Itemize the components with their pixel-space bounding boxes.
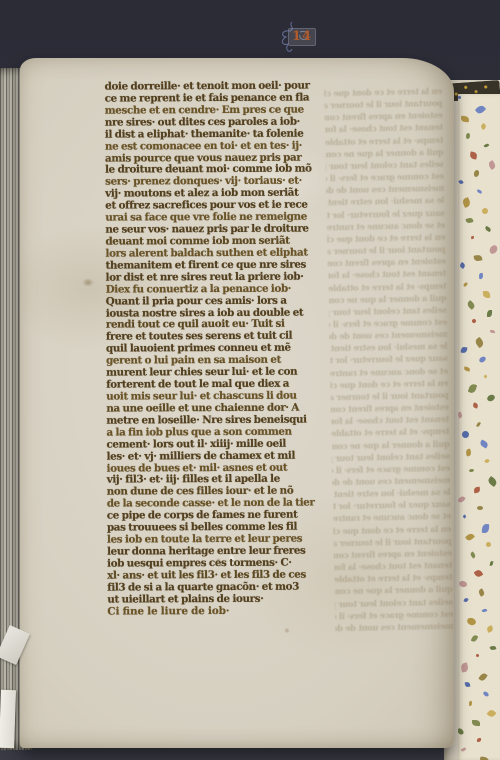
border-flower xyxy=(487,708,497,718)
border-flower xyxy=(474,486,481,493)
border-flower xyxy=(482,608,488,613)
border-flower xyxy=(468,383,477,394)
border-flower xyxy=(484,142,490,147)
border-flower xyxy=(483,374,487,378)
border-flower xyxy=(484,458,490,464)
border-flower xyxy=(487,160,496,170)
border-flower xyxy=(481,207,489,215)
border-flower xyxy=(482,524,489,533)
border-flower xyxy=(465,682,471,688)
border-flower xyxy=(479,440,489,449)
border-flower xyxy=(474,569,484,579)
border-flower xyxy=(461,430,470,439)
border-flower xyxy=(478,672,487,682)
illuminated-border xyxy=(458,94,500,760)
border-flower xyxy=(458,495,466,504)
border-flower xyxy=(464,366,471,371)
manuscript-photo: 14 doie dorreille· et tenoit mon oeil· p… xyxy=(0,0,500,760)
border-flower xyxy=(477,738,481,742)
border-flower xyxy=(462,197,472,208)
border-flower xyxy=(469,151,477,159)
border-flower xyxy=(477,189,483,194)
folio-number-text: 14 xyxy=(288,28,316,46)
border-flower xyxy=(475,104,486,115)
border-flower xyxy=(475,653,479,657)
border-flower xyxy=(477,506,483,510)
border-flower xyxy=(471,318,477,324)
border-flower xyxy=(466,300,476,310)
border-flower xyxy=(458,179,463,184)
border-flower xyxy=(469,469,474,473)
border-flower xyxy=(458,728,465,737)
border-flower xyxy=(480,123,487,130)
parchment-stain xyxy=(284,628,290,633)
border-flower xyxy=(479,272,484,278)
border-flower xyxy=(462,514,466,518)
border-flower xyxy=(461,347,468,354)
border-flower xyxy=(470,551,477,558)
border-flower xyxy=(486,625,494,633)
border-flower xyxy=(478,356,487,364)
border-flower xyxy=(474,254,483,261)
border-flower xyxy=(483,291,490,298)
border-flower xyxy=(478,588,486,597)
border-flower xyxy=(460,663,469,673)
border-flower xyxy=(465,217,473,224)
border-flower xyxy=(463,598,468,603)
border-flower xyxy=(465,449,472,457)
border-flower xyxy=(487,310,492,317)
border-flower xyxy=(471,635,479,643)
border-flower xyxy=(490,561,494,566)
parchment-stain xyxy=(82,278,94,287)
border-flower xyxy=(488,244,499,255)
border-flower xyxy=(461,747,467,753)
border-flower xyxy=(486,542,491,547)
border-flower xyxy=(473,170,480,178)
border-flower xyxy=(472,402,478,408)
border-flower xyxy=(461,115,469,122)
showthrough-text-column: en la terre et ce dont que cil adoncpour… xyxy=(324,85,454,647)
border-flower xyxy=(458,96,461,99)
paper-tab xyxy=(0,690,16,748)
main-text-column: doie dorreille· et tenoit mon oeil· pour… xyxy=(105,80,334,618)
border-flower xyxy=(476,421,481,427)
border-flower xyxy=(474,337,485,348)
border-flower xyxy=(466,133,471,139)
border-flower xyxy=(482,691,489,698)
border-flower xyxy=(490,645,497,651)
border-flower xyxy=(463,282,469,288)
border-flower xyxy=(471,235,475,239)
border-flower xyxy=(466,616,477,626)
manuscript-text-line: Ci fine le liure de iob· xyxy=(107,605,333,618)
border-flower xyxy=(486,393,496,402)
showthrough-text-line: meismement ces uont de deles· et quãt xyxy=(335,620,453,635)
border-flower xyxy=(459,262,466,269)
border-flower xyxy=(487,476,498,487)
border-flower xyxy=(458,412,463,419)
border-flower xyxy=(490,329,495,332)
border-flower xyxy=(465,532,475,542)
border-flower xyxy=(469,700,472,705)
border-flower xyxy=(484,226,491,232)
folio-number: 14 xyxy=(270,20,322,60)
border-flower xyxy=(458,580,467,588)
border-flower xyxy=(472,720,480,726)
